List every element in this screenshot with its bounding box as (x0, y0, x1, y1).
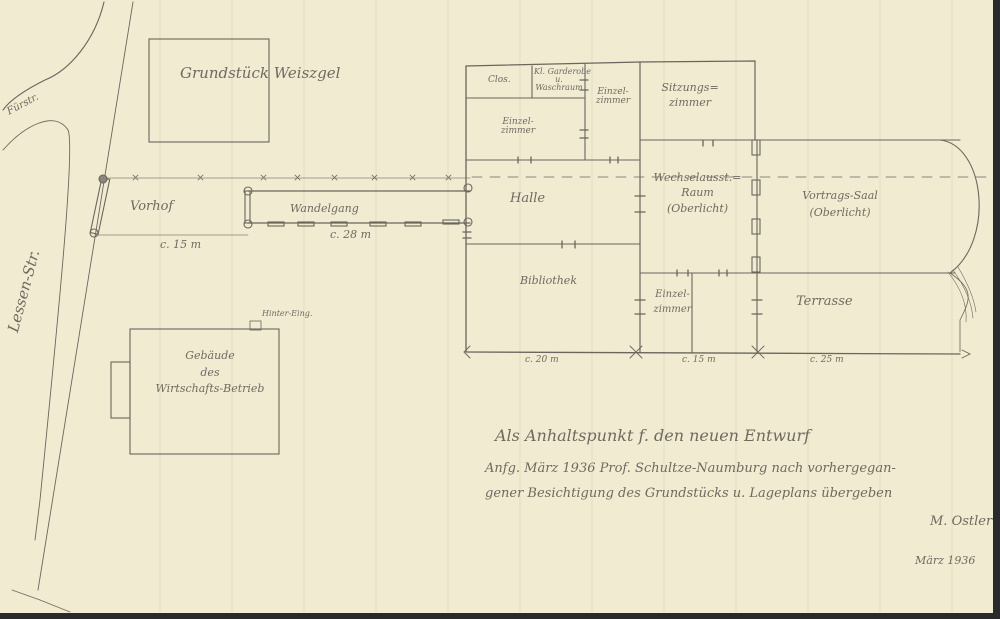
note-line-2: Anfg. März 1936 Prof. Schultze-Naumburg … (485, 462, 896, 475)
note-line-3: gener Besichtigung des Grundstücks u. La… (485, 487, 892, 500)
room-wc: Clos. (488, 76, 511, 85)
room-meeting: Sitzungs=zimmer (650, 80, 730, 111)
outbuilding-annex (111, 362, 130, 418)
note-line-1: Als Anhaltspunkt f. den neuen Entwurf (495, 428, 810, 444)
room-library: Bibliothek (520, 275, 577, 286)
dimension-1: c. 20 m (525, 356, 559, 365)
outbuilding-label: GebäudedesWirtschafts-Betrieb (140, 348, 280, 398)
room-single-1: Einzel-zimmer (488, 118, 548, 136)
neighbor-plot-label: Grundstück Weiszgel (180, 66, 340, 81)
room-lecture-hall: Vortrags-Saal(Oberlicht) (790, 188, 890, 221)
forecourt-label: Vorhof (130, 200, 173, 213)
neighbor-plot-rect (149, 39, 269, 142)
rear-entrance-label: Hinter-Eing. (262, 310, 312, 318)
room-cloakroom: Kl. Garderobeu.Waschraum (534, 68, 584, 92)
apse (940, 140, 979, 273)
scan-page: Fürstr. Lessen-Str. Grundstück Weiszgel … (0, 0, 1000, 619)
fence-marks (133, 175, 451, 180)
street-curve-upper (3, 2, 104, 110)
note-signature: M. Ostler (930, 515, 992, 528)
paper-fold (12, 590, 70, 612)
paper-sheet: Fürstr. Lessen-Str. Grundstück Weiszgel … (0, 0, 993, 613)
dimension-3: c. 25 m (810, 356, 844, 365)
arcade-label: Wandelgang (290, 203, 359, 214)
arcade-dimension: c. 28 m (330, 229, 371, 240)
room-single-3: Einzel-zimmer (650, 287, 695, 317)
room-single-2: Einzel-zimmer (593, 88, 633, 106)
room-exhibition: Wechselausst.=Raum(Oberlicht) (645, 170, 750, 216)
note-date: März 1936 (915, 555, 975, 566)
room-hall: Halle (510, 192, 545, 205)
room-terrace: Terrasse (796, 295, 853, 308)
skylight-pillars (752, 140, 760, 272)
property-line (38, 2, 133, 590)
dimension-2: c. 15 m (682, 356, 716, 365)
forecourt-dimension: c. 15 m (160, 239, 201, 250)
